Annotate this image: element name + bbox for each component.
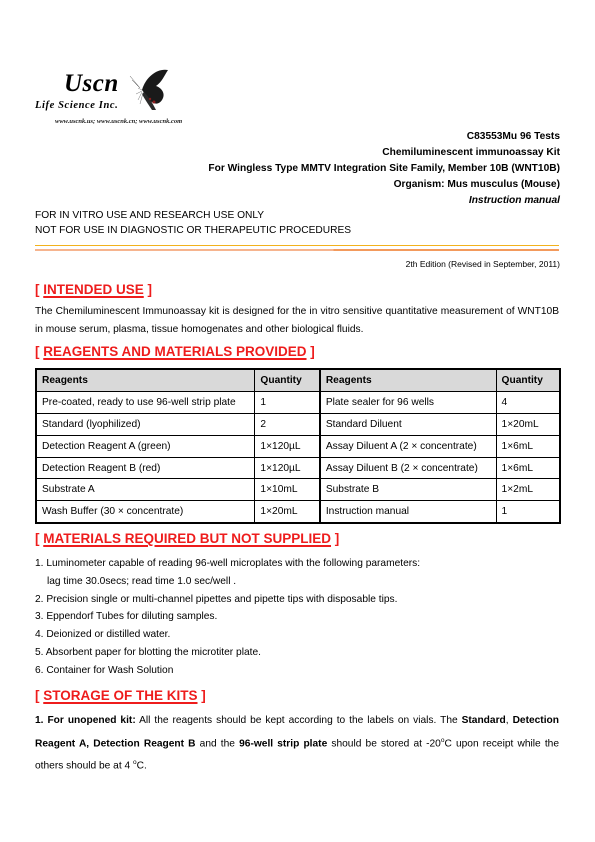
reagent-name: Standard Diluent (320, 413, 496, 435)
catalog-number: C83553Mu 96 Tests (467, 129, 560, 146)
reagent-name: Plate sealer for 96 wells (320, 391, 496, 413)
table-header-row: Reagents Quantity Reagents Quantity (36, 369, 560, 391)
table-row: Pre-coated, ready to use 96-well strip p… (36, 391, 560, 413)
list-item: 5. Absorbent paper for blotting the micr… (35, 644, 420, 662)
table-row: Standard (lyophilized) 2 Standard Diluen… (36, 413, 560, 435)
reagent-quantity: 1×20mL (496, 413, 560, 435)
list-item: 4. Deionized or distilled water. (35, 626, 420, 644)
intended-use-text: The Chemiluminescent Immunoassay kit is … (35, 303, 559, 338)
header-reagents: Reagents (320, 369, 496, 391)
reagent-name: Detection Reagent A (green) (36, 435, 255, 457)
reagent-name: Wash Buffer (30 × concentrate) (36, 501, 255, 523)
logo-tagline: Life Science Inc. (35, 100, 118, 111)
logo-brand: Uscn (64, 70, 119, 98)
butterfly-icon (122, 66, 172, 114)
reagent-name: Substrate B (320, 479, 496, 501)
section-title-storage: [ STORAGE OF THE KITS ] (35, 688, 206, 703)
reagent-quantity: 1 (255, 391, 320, 413)
list-item: lag time 30.0secs; read time 1.0 sec/wel… (35, 573, 420, 591)
reagents-table: Reagents Quantity Reagents Quantity Pre-… (35, 368, 561, 524)
reagent-name: Assay Diluent B (2 × concentrate) (320, 457, 496, 479)
reagent-quantity: 1 (496, 501, 560, 523)
divider-top (35, 245, 559, 246)
organism: Organism: Mus musculus (Mouse) (394, 177, 560, 194)
section-title-reagents: [ REAGENTS AND MATERIALS PROVIDED ] (35, 344, 315, 359)
reagent-quantity: 1×20mL (255, 501, 320, 523)
divider-bottom (35, 249, 559, 251)
reagent-quantity: 2 (255, 413, 320, 435)
storage-text: 1. For unopened kit: All the reagents sh… (35, 711, 559, 776)
list-item: 3. Eppendorf Tubes for diluting samples. (35, 608, 420, 626)
notice-research-use: FOR IN VITRO USE AND RESEARCH USE ONLY (35, 208, 264, 223)
kit-target: For Wingless Type MMTV Integration Site … (208, 161, 560, 178)
header-reagents: Reagents (36, 369, 255, 391)
list-item: 6. Container for Wash Solution (35, 662, 420, 680)
list-item: 1. Luminometer capable of reading 96-wel… (35, 555, 420, 573)
table-row: Wash Buffer (30 × concentrate) 1×20mL In… (36, 501, 560, 523)
notice-not-diagnostic: NOT FOR USE IN DIAGNOSTIC OR THERAPEUTIC… (35, 223, 351, 238)
doc-type: Instruction manual (469, 193, 560, 210)
section-title-intended-use: [ INTENDED USE ] (35, 282, 152, 297)
reagent-name: Instruction manual (320, 501, 496, 523)
table-row: Substrate A 1×10mL Substrate B 1×2mL (36, 479, 560, 501)
reagent-name: Standard (lyophilized) (36, 413, 255, 435)
reagent-quantity: 1×10mL (255, 479, 320, 501)
reagent-quantity: 1×2mL (496, 479, 560, 501)
reagent-quantity: 1×6mL (496, 435, 560, 457)
reagent-name: Assay Diluent A (2 × concentrate) (320, 435, 496, 457)
reagent-name: Detection Reagent B (red) (36, 457, 255, 479)
reagent-quantity: 1×6mL (496, 457, 560, 479)
header-quantity: Quantity (255, 369, 320, 391)
reagent-quantity: 1×120µL (255, 457, 320, 479)
table-row: Detection Reagent B (red) 1×120µL Assay … (36, 457, 560, 479)
logo-urls: www.uscnk.us; www.uscnk.cn; www.uscnk.co… (55, 118, 182, 125)
reagent-name: Pre-coated, ready to use 96-well strip p… (36, 391, 255, 413)
doc-type-text: Instruction manual (469, 195, 560, 206)
table-row: Detection Reagent A (green) 1×120µL Assa… (36, 435, 560, 457)
kit-type: Chemiluminescent immunoassay Kit (382, 145, 560, 162)
section-title-materials: [ MATERIALS REQUIRED BUT NOT SUPPLIED ] (35, 531, 339, 546)
edition-note: 2th Edition (Revised in September, 2011) (406, 259, 560, 269)
header-quantity: Quantity (496, 369, 560, 391)
reagent-name: Substrate A (36, 479, 255, 501)
materials-list: 1. Luminometer capable of reading 96-wel… (35, 555, 420, 680)
reagent-quantity: 1×120µL (255, 435, 320, 457)
list-item: 2. Precision single or multi-channel pip… (35, 591, 420, 609)
reagent-quantity: 4 (496, 391, 560, 413)
